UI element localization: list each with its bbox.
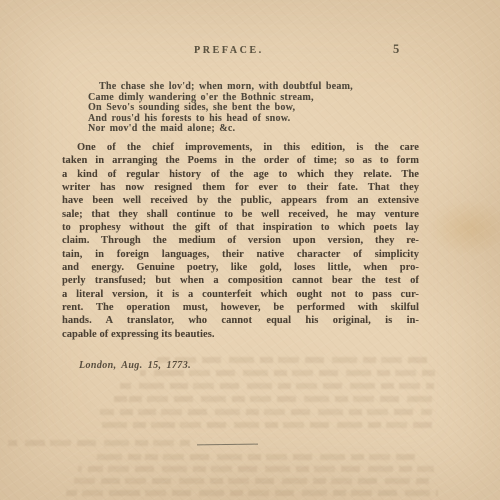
page-number: 5 xyxy=(393,42,399,57)
paragraph-line: rent. The operation must, however, be pe… xyxy=(62,301,419,314)
bleed-through-line xyxy=(70,478,430,484)
bleed-through-line xyxy=(112,396,436,402)
bleed-through-line xyxy=(120,383,434,389)
paragraph-line: hands. A translator, who cannot equal hi… xyxy=(62,314,419,327)
separator-rule xyxy=(197,444,258,446)
bleed-through-line xyxy=(78,466,434,472)
bleed-through-line xyxy=(150,357,428,363)
paragraph-line: taken in arranging the Poems in the orde… xyxy=(62,154,419,167)
paragraph-line: a kind of regular history of the age to … xyxy=(62,168,419,181)
bleed-through-line xyxy=(8,440,190,446)
book-page-scan: PREFACE. 5 The chase she lov'd; when mor… xyxy=(0,0,500,500)
bleed-through-line xyxy=(66,490,438,496)
verse-line: The chase she lov'd; when morn, with dou… xyxy=(88,82,398,93)
bleed-through-line xyxy=(95,454,421,460)
paragraph-line: and energy. Genuine poetry, like gold, l… xyxy=(62,261,419,274)
paragraph-line: perly transfused; but when a composition… xyxy=(62,274,419,287)
paragraph-line: a literal version, it is a counterfeit w… xyxy=(62,288,419,301)
verse-quotation: The chase she lov'd; when morn, with dou… xyxy=(88,82,398,135)
dateline: London, Aug. 15, 1773. xyxy=(79,360,191,371)
verse-line: Nor mov'd the maid alone; &c. xyxy=(88,124,398,135)
paragraph-line: tain, in foreign languages, their native… xyxy=(62,248,419,261)
paragraph-line: writer has now resigned them for ever to… xyxy=(62,181,419,194)
paragraph-line: sale; that they shall continue to be wel… xyxy=(62,208,419,221)
preface-paragraph: One of the chief improvements, in this e… xyxy=(62,141,419,341)
bleed-through-line xyxy=(96,422,434,428)
paragraph-line: have been well received by the public, a… xyxy=(62,194,419,207)
verse-line: On Sevo's sounding sides, she bent the b… xyxy=(88,103,398,114)
bleed-through-line xyxy=(100,409,432,415)
paragraph-line: capable of expressing its beauties. xyxy=(62,328,419,341)
paragraph-line: to prophesy without the gift of that ins… xyxy=(62,221,419,234)
running-head-title: PREFACE. xyxy=(194,45,264,56)
paragraph-line: One of the chief improvements, in this e… xyxy=(62,141,419,154)
paragraph-line: claim. Through the medium of version upo… xyxy=(62,234,419,247)
